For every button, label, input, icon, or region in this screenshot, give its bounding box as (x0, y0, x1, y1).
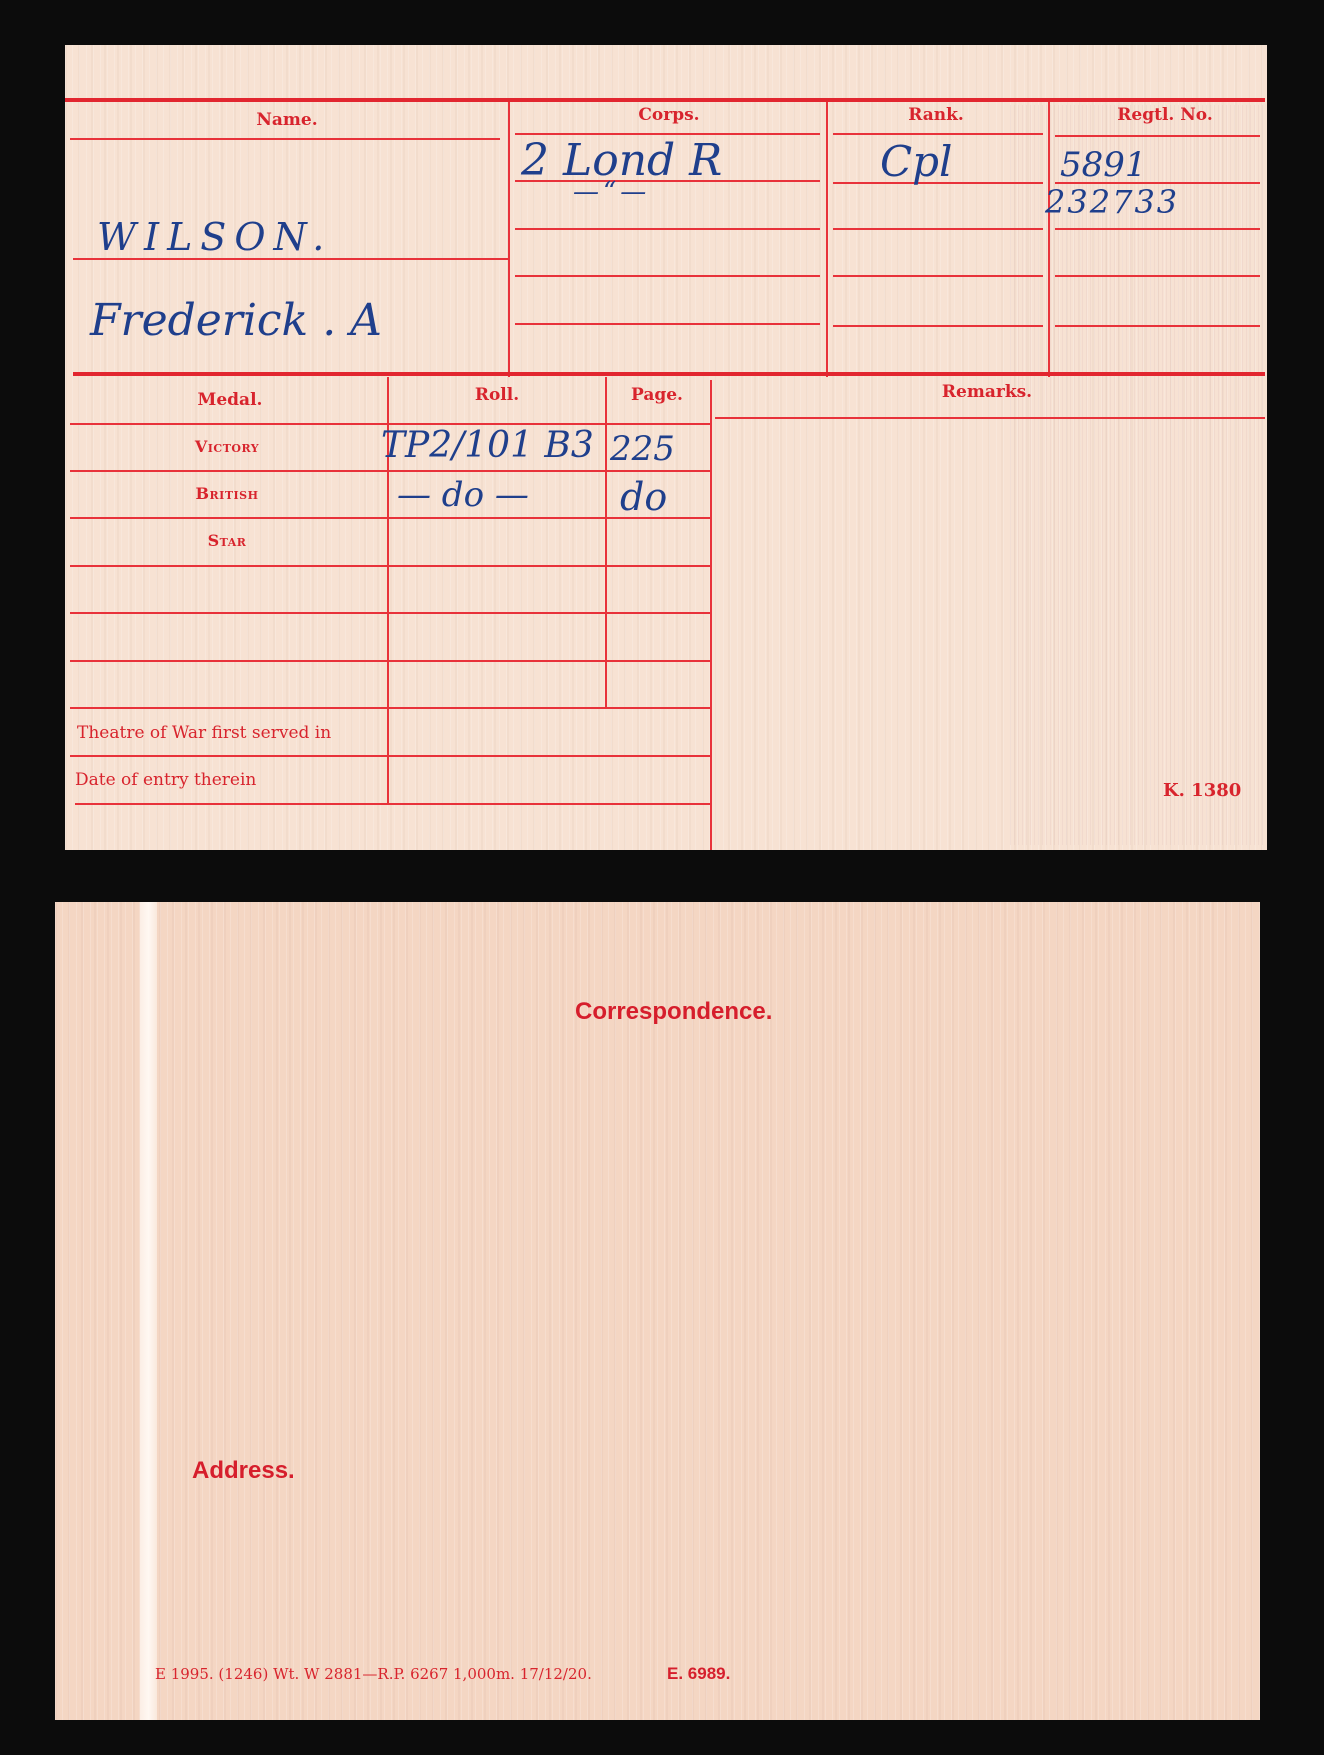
regtl-rule-4 (1055, 275, 1260, 277)
medal-row-rule-1 (70, 470, 710, 472)
theatre-of-war-label: Theatre of War first served in (77, 723, 331, 743)
page-victory-entry: 225 (610, 429, 675, 469)
divider-name-corps (508, 102, 510, 377)
medal-british-label: British (196, 484, 259, 503)
medal-index-card-front: Name. Corps. Rank. Regtl. No. WILSON. Fr… (65, 45, 1267, 850)
regtl-rule-5 (1055, 325, 1260, 327)
corps-rule-5 (515, 323, 820, 325)
header-roll: Roll. (475, 385, 519, 405)
divider-page-remarks (710, 380, 712, 850)
correspondence-label: Correspondence. (575, 998, 772, 1026)
medal-row-rule-7 (70, 755, 710, 757)
corps-ditto-entry: —“— (573, 177, 650, 207)
top-rule (65, 98, 1265, 102)
page-british-entry: do (620, 475, 667, 519)
rank-rule-5 (833, 325, 1043, 327)
medal-row-rule-8 (75, 803, 710, 805)
print-line: E 1995. (1246) Wt. W 2881—R.P. 6267 1,00… (155, 1665, 592, 1683)
address-label: Address. (192, 1457, 295, 1485)
divider-corps-rank (826, 102, 828, 377)
rank-rule-3 (833, 228, 1043, 230)
corps-rule-3 (515, 228, 820, 230)
rank-rule-1 (833, 133, 1043, 135)
roll-victory-entry: TP2/101 B3 (381, 425, 594, 466)
header-corps: Corps. (638, 105, 699, 125)
regtl-no-entry-2: 232733 (1045, 183, 1179, 221)
header-medal: Medal. (198, 390, 263, 410)
paper-highlight-stripe (140, 902, 157, 1720)
date-of-entry-label: Date of entry therein (75, 770, 256, 790)
medal-star-label: Star (208, 531, 247, 550)
form-code: K. 1380 (1163, 780, 1241, 801)
header-name: Name. (256, 110, 317, 130)
medal-row-rule-5 (70, 660, 710, 662)
medal-index-card-back: Correspondence. Address. E 1995. (1246) … (55, 902, 1260, 1720)
header-regtl-no: Regtl. No. (1117, 105, 1212, 125)
header-page: Page. (631, 385, 683, 405)
medal-row-rule-3 (70, 565, 710, 567)
regtl-rule-3 (1055, 228, 1260, 230)
medal-victory-label: Victory (195, 437, 259, 456)
medal-row-rule-6 (70, 707, 710, 709)
surname-entry: WILSON. (97, 215, 332, 259)
header-remarks: Remarks. (942, 382, 1032, 402)
medal-row-rule-4 (70, 612, 710, 614)
header-rank: Rank. (908, 105, 964, 125)
corps-rule-4 (515, 275, 820, 277)
middle-rule (73, 372, 1265, 376)
print-code: E. 6989. (667, 1664, 730, 1684)
rank-entry: Cpl (880, 137, 952, 186)
divider-rank-regtl (1048, 102, 1050, 377)
regtl-rule-1 (1055, 135, 1260, 137)
rank-rule-4 (833, 275, 1043, 277)
divider-roll-page (605, 377, 607, 707)
forenames-entry: Frederick . A (90, 295, 382, 346)
remarks-header-rule (715, 417, 1265, 419)
roll-british-entry: — do — (397, 475, 529, 515)
name-header-rule (70, 138, 500, 140)
medal-row-rule-2 (70, 517, 710, 519)
regtl-no-entry-1: 5891 (1060, 145, 1147, 185)
